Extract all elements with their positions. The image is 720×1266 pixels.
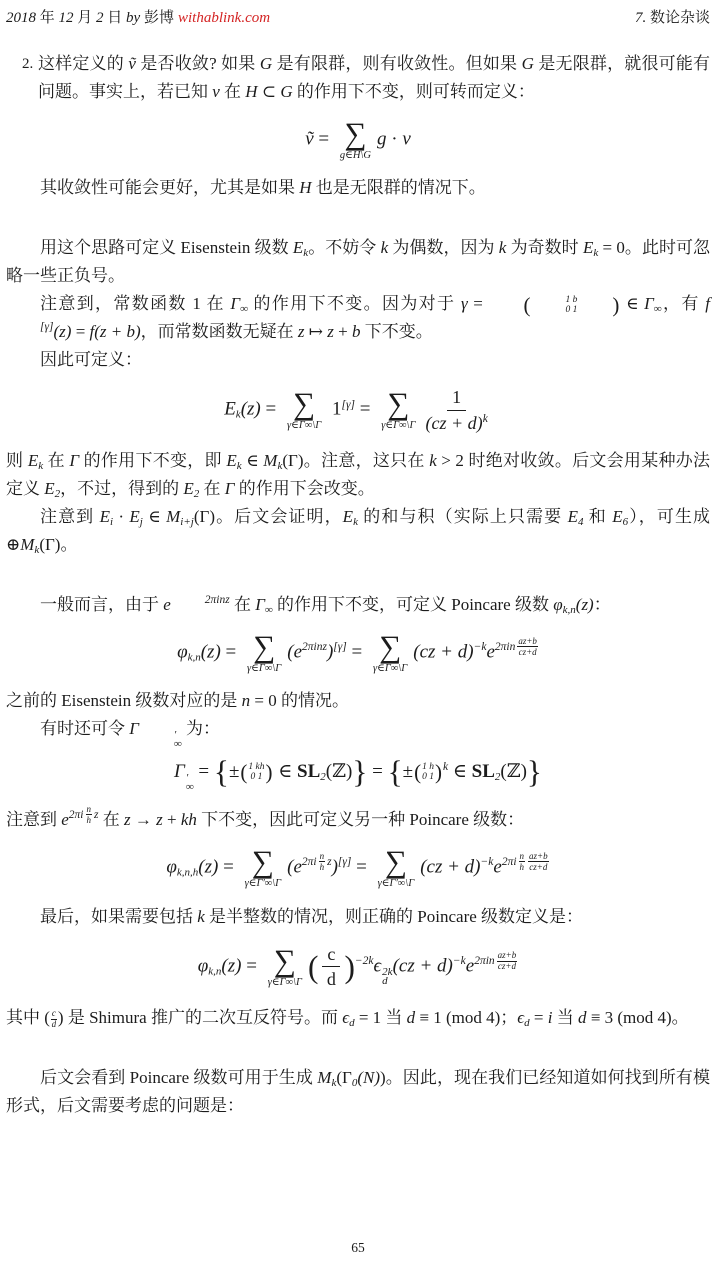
paragraph-poincare-intro: 一般而言，由于 e2πinz 在 Γ∞ 的作用下不变，可定义 Poincare … [6, 591, 710, 619]
paragraph-convergence: 其收敛性可能会更好，尤其是如果 H 也是无限群的情况下。 [6, 174, 710, 202]
formula-poincare-half-integer: φk,n(z) = ∑γ∈Γ∞\Γ(cd)−2kϵ2kd(cz + d)−ke2… [6, 944, 710, 991]
paragraph-thus-define: 因此可定义： [6, 346, 710, 374]
page-header: 2018 年 12 月 2 日 by 彭博 withablink.com 7. … [6, 8, 710, 28]
paragraph-constant-function: 注意到，常数函数 1 在 Γ∞ 的作用下不变。因为对于 γ = (1 b0 1)… [6, 290, 710, 346]
document-body: 2. 这样定义的 ṽ 是否收敛? 如果 G 是有限群，则有收敛性。但如果 G 是… [6, 50, 710, 1120]
list-item-2: 2. 这样定义的 ṽ 是否收敛? 如果 G 是有限群，则有收敛性。但如果 G 是… [8, 50, 710, 106]
formula-vtilde-sum: ṽ = ∑g∈H\Gg · v [6, 119, 710, 161]
paragraph-n-equals-0: 之前的 Eisenstein 级数对应的是 n = 0 的情况。 [6, 687, 710, 715]
paragraph-final-question: 后文会看到 Poincare 级数可用于生成 Mk(Γ0(N))。因此，现在我们… [6, 1064, 710, 1120]
list-item-2-text: 这样定义的 ṽ 是否收敛? 如果 G 是有限群，则有收敛性。但如果 G 是无限群… [38, 50, 710, 106]
paragraph-shimura-symbol: 其中 (cd) 是 Shimura 推广的二次互反符号。而 ϵd = 1 当 d… [6, 1004, 710, 1032]
page-number: 65 [6, 1240, 710, 1260]
paragraph-ei-ej-product: 注意到 Ei · Ej ∈ Mi+j(Γ)。后文会证明，Ek 的和与积（实际上只… [6, 503, 710, 559]
header-date-author: 2018 年 12 月 2 日 by 彭博 withablink.com [6, 8, 270, 28]
header-chapter-title: 7. 数论杂谈 [635, 8, 710, 28]
paragraph-half-integer: 最后，如果需要包括 k 是半整数的情况，则正确的 Poincare 级数定义是： [6, 903, 710, 931]
site-link[interactable]: withablink.com [178, 8, 270, 28]
formula-poincare-series: φk,n(z) = ∑γ∈Γ∞\Γ(e2πinz)[γ] = ∑γ∈Γ∞\Γ(c… [6, 632, 710, 674]
header-date-text: 2018 年 12 月 2 日 by 彭博 [6, 8, 174, 28]
paragraph-gamma-prime-intro: 有时还可令 Γ′∞ 为： [6, 715, 710, 749]
list-item-2-marker: 2. [8, 50, 38, 106]
paragraph-eisenstein-def: 用这个思路可定义 Eisenstein 级数 Ek。不妨令 k 为偶数，因为 k… [6, 234, 710, 290]
formula-eisenstein-series: Ek(z) = ∑γ∈Γ∞\Γ 1[γ] = ∑γ∈Γ∞\Γ1(cz + d)k [6, 387, 710, 434]
document-page: 2018 年 12 月 2 日 by 彭博 withablink.com 7. … [0, 0, 720, 1266]
formula-poincare-h-series: φk,n,h(z) = ∑γ∈Γ′∞\Γ(e2πinhz)[γ] = ∑γ∈Γ′… [6, 847, 710, 889]
formula-gamma-prime: Γ′∞ = {±(1 kh0 1) ∈ SL2(ℤ)} = {±(1 h0 1)… [6, 762, 710, 792]
paragraph-another-poincare: 注意到 e2πinhz 在 z → z + kh 下不变，因此可定义另一种 Po… [6, 805, 710, 834]
paragraph-ek-invariant: 则 Ek 在 Γ 的作用下不变，即 Ek ∈ Mk(Γ)。注意，这只在 k > … [6, 447, 710, 503]
